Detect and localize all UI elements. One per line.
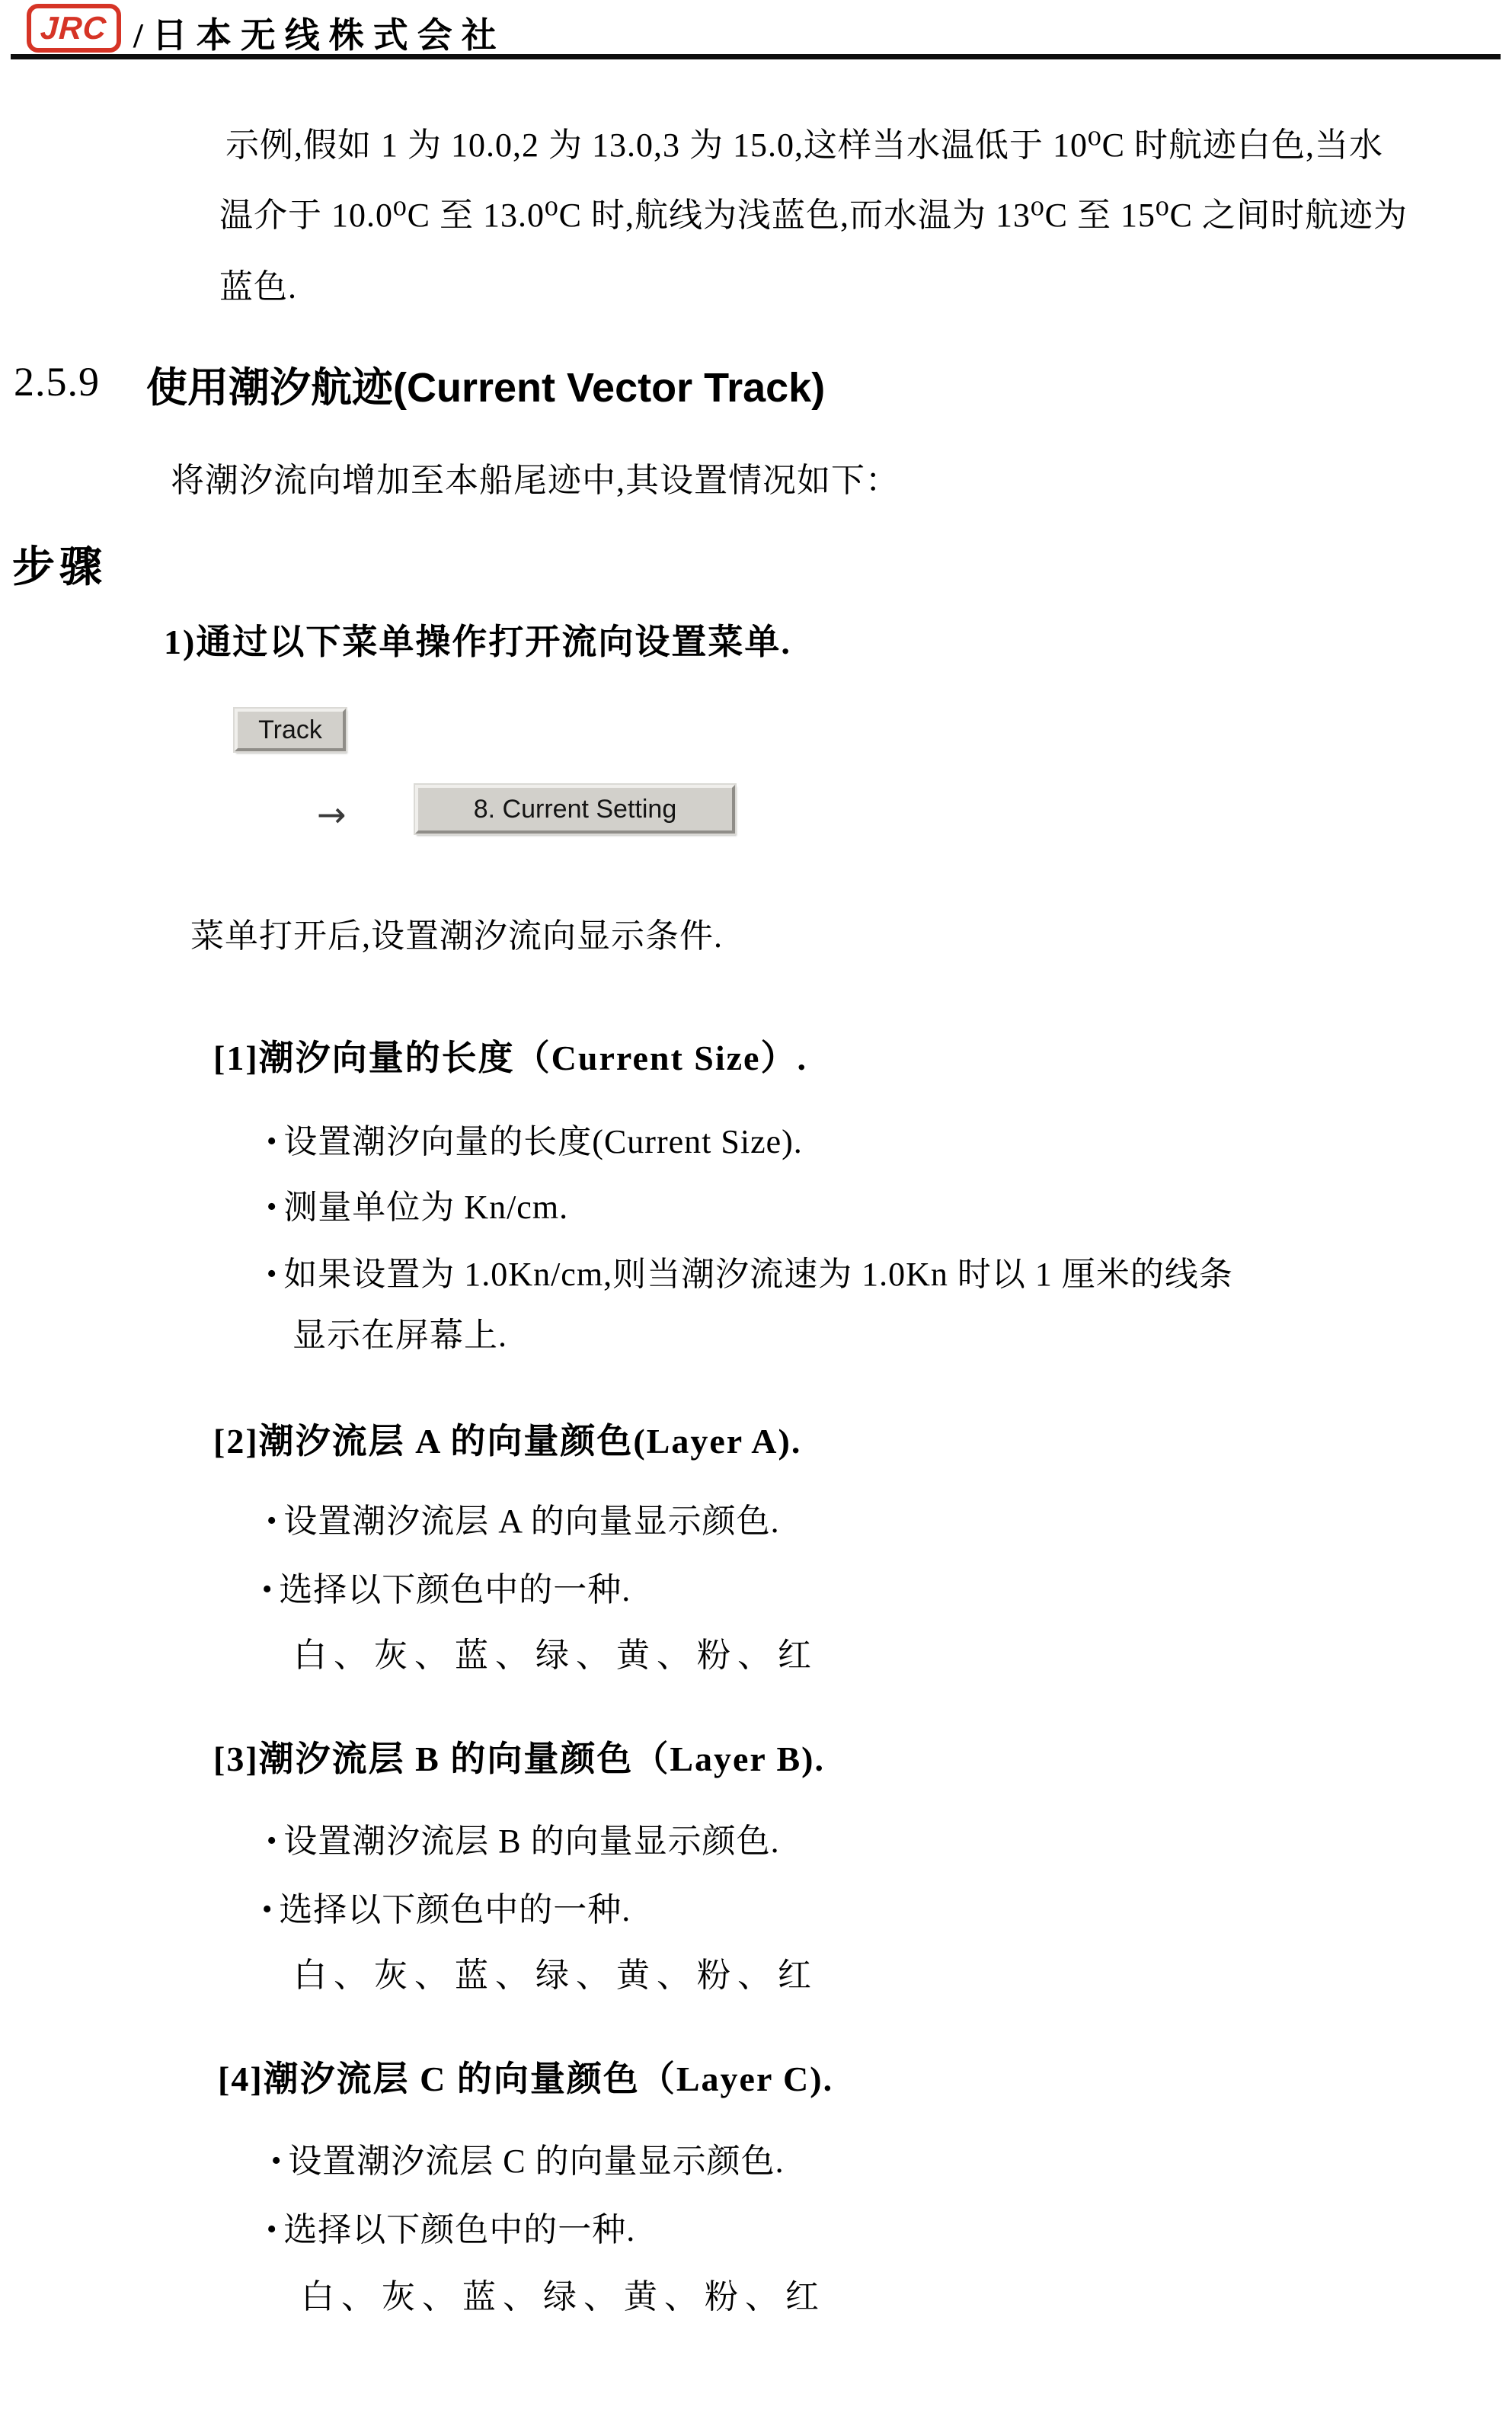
subsection-1-bullet-2: • 测量单位为 Kn/cm. — [267, 1189, 568, 1227]
bullet-icon: • — [267, 1189, 277, 1226]
bullet-text: 选择以下颜色中的一种. — [279, 1891, 631, 1930]
subsection-1-bullet-3: • 如果设置为 1.0Kn/cm,则当潮汐流速为 1.0Kn 时以 1 厘米的线… — [267, 1256, 1233, 1295]
section-title: 使用潮汐航迹(Current Vector Track) — [146, 355, 825, 414]
subsection-3-bullet-1: • 设置潮汐流层 B 的向量显示颜色. — [267, 1823, 780, 1861]
track-button[interactable]: Track — [235, 709, 346, 751]
bullet-icon: • — [271, 2143, 282, 2180]
bullet-icon: • — [267, 1823, 277, 1860]
bullet-icon: • — [262, 1891, 273, 1928]
subsection-1-bullet-1: • 设置潮汐向量的长度(Current Size). — [267, 1123, 803, 1162]
track-button-label: Track — [258, 715, 322, 745]
intro-paragraph-line2: 温介于 10.0⁰C 至 13.0⁰C 时,航线为浅蓝色,而水温为 13⁰C 至… — [219, 197, 1408, 235]
subsection-4-bullet-1: • 设置潮汐流层 C 的向量显示颜色. — [271, 2143, 785, 2181]
jrc-logo: JRC — [27, 4, 121, 53]
step1-text: 1)通过以下菜单操作打开流向设置菜单. — [164, 614, 791, 664]
section-number: 2.5.9 — [14, 358, 100, 405]
subsection-3-color-options: 白、灰、蓝、绿、黄、粉、红 — [293, 1957, 818, 1995]
bullet-text: 测量单位为 Kn/cm. — [283, 1189, 568, 1227]
menu-opened-sentence: 菜单打开后,设置潮汐流向显示条件. — [190, 917, 723, 956]
steps-label: 步骤 — [12, 533, 107, 594]
bullet-text: 设置潮汐流层 A 的向量显示颜色. — [283, 1503, 779, 1541]
page: { "header": { "logo_text": "JRC", "brand… — [0, 0, 1512, 2413]
header-divider — [11, 54, 1501, 59]
bullet-icon: • — [267, 1503, 277, 1540]
current-setting-button[interactable]: 8. Current Setting — [415, 785, 735, 834]
bullet-icon: • — [262, 1571, 273, 1608]
subsection-4-heading: [4]潮汐流层 C 的向量颜色（Layer C). — [218, 2051, 833, 2101]
menu-path-arrow-icon: → — [317, 794, 347, 835]
subsection-1-bullet-3-continuation: 显示在屏幕上. — [292, 1317, 507, 1355]
bullet-icon: • — [267, 1256, 277, 1293]
bullet-text: 选择以下颜色中的一种. — [279, 1571, 631, 1610]
bullet-icon: • — [267, 2211, 277, 2248]
bullet-text: 设置潮汐向量的长度(Current Size). — [283, 1123, 802, 1162]
lead-sentence: 将潮汐流向增加至本船尾迹中,其设置情况如下： — [171, 462, 900, 501]
bullet-text: 选择以下颜色中的一种. — [283, 2211, 635, 2250]
intro-paragraph-line3: 蓝色. — [219, 268, 297, 307]
subsection-3-bullet-2: • 选择以下颜色中的一种. — [262, 1891, 631, 1930]
bullet-text: 设置潮汐流层 C 的向量显示颜色. — [288, 2143, 784, 2181]
subsection-2-color-options: 白、灰、蓝、绿、黄、粉、红 — [293, 1637, 818, 1675]
jrc-logo-text: JRC — [40, 10, 108, 46]
subsection-2-bullet-1: • 设置潮汐流层 A 的向量显示颜色. — [267, 1503, 780, 1541]
subsection-4-color-options: 白、灰、蓝、绿、黄、粉、红 — [301, 2278, 826, 2317]
bullet-text: 设置潮汐流层 B 的向量显示颜色. — [283, 1823, 779, 1861]
subsection-2-heading: [2]潮汐流层 A 的向量颜色(Layer A). — [213, 1413, 801, 1464]
subsection-4-bullet-2: • 选择以下颜色中的一种. — [267, 2211, 635, 2250]
intro-paragraph-line1: 示例,假如 1 为 10.0,2 为 13.0,3 为 15.0,这样当水温低于… — [225, 126, 1383, 165]
company-name: /日本无线株式会社 — [133, 8, 506, 58]
bullet-text: 如果设置为 1.0Kn/cm,则当潮汐流速为 1.0Kn 时以 1 厘米的线条 — [283, 1256, 1233, 1295]
current-setting-button-label: 8. Current Setting — [474, 795, 676, 824]
subsection-3-heading: [3]潮汐流层 B 的向量颜色（Layer B). — [213, 1731, 825, 1781]
bullet-icon: • — [267, 1123, 277, 1160]
subsection-2-bullet-2: • 选择以下颜色中的一种. — [262, 1571, 631, 1610]
subsection-1-heading: [1]潮汐向量的长度（Current Size）. — [213, 1030, 807, 1080]
